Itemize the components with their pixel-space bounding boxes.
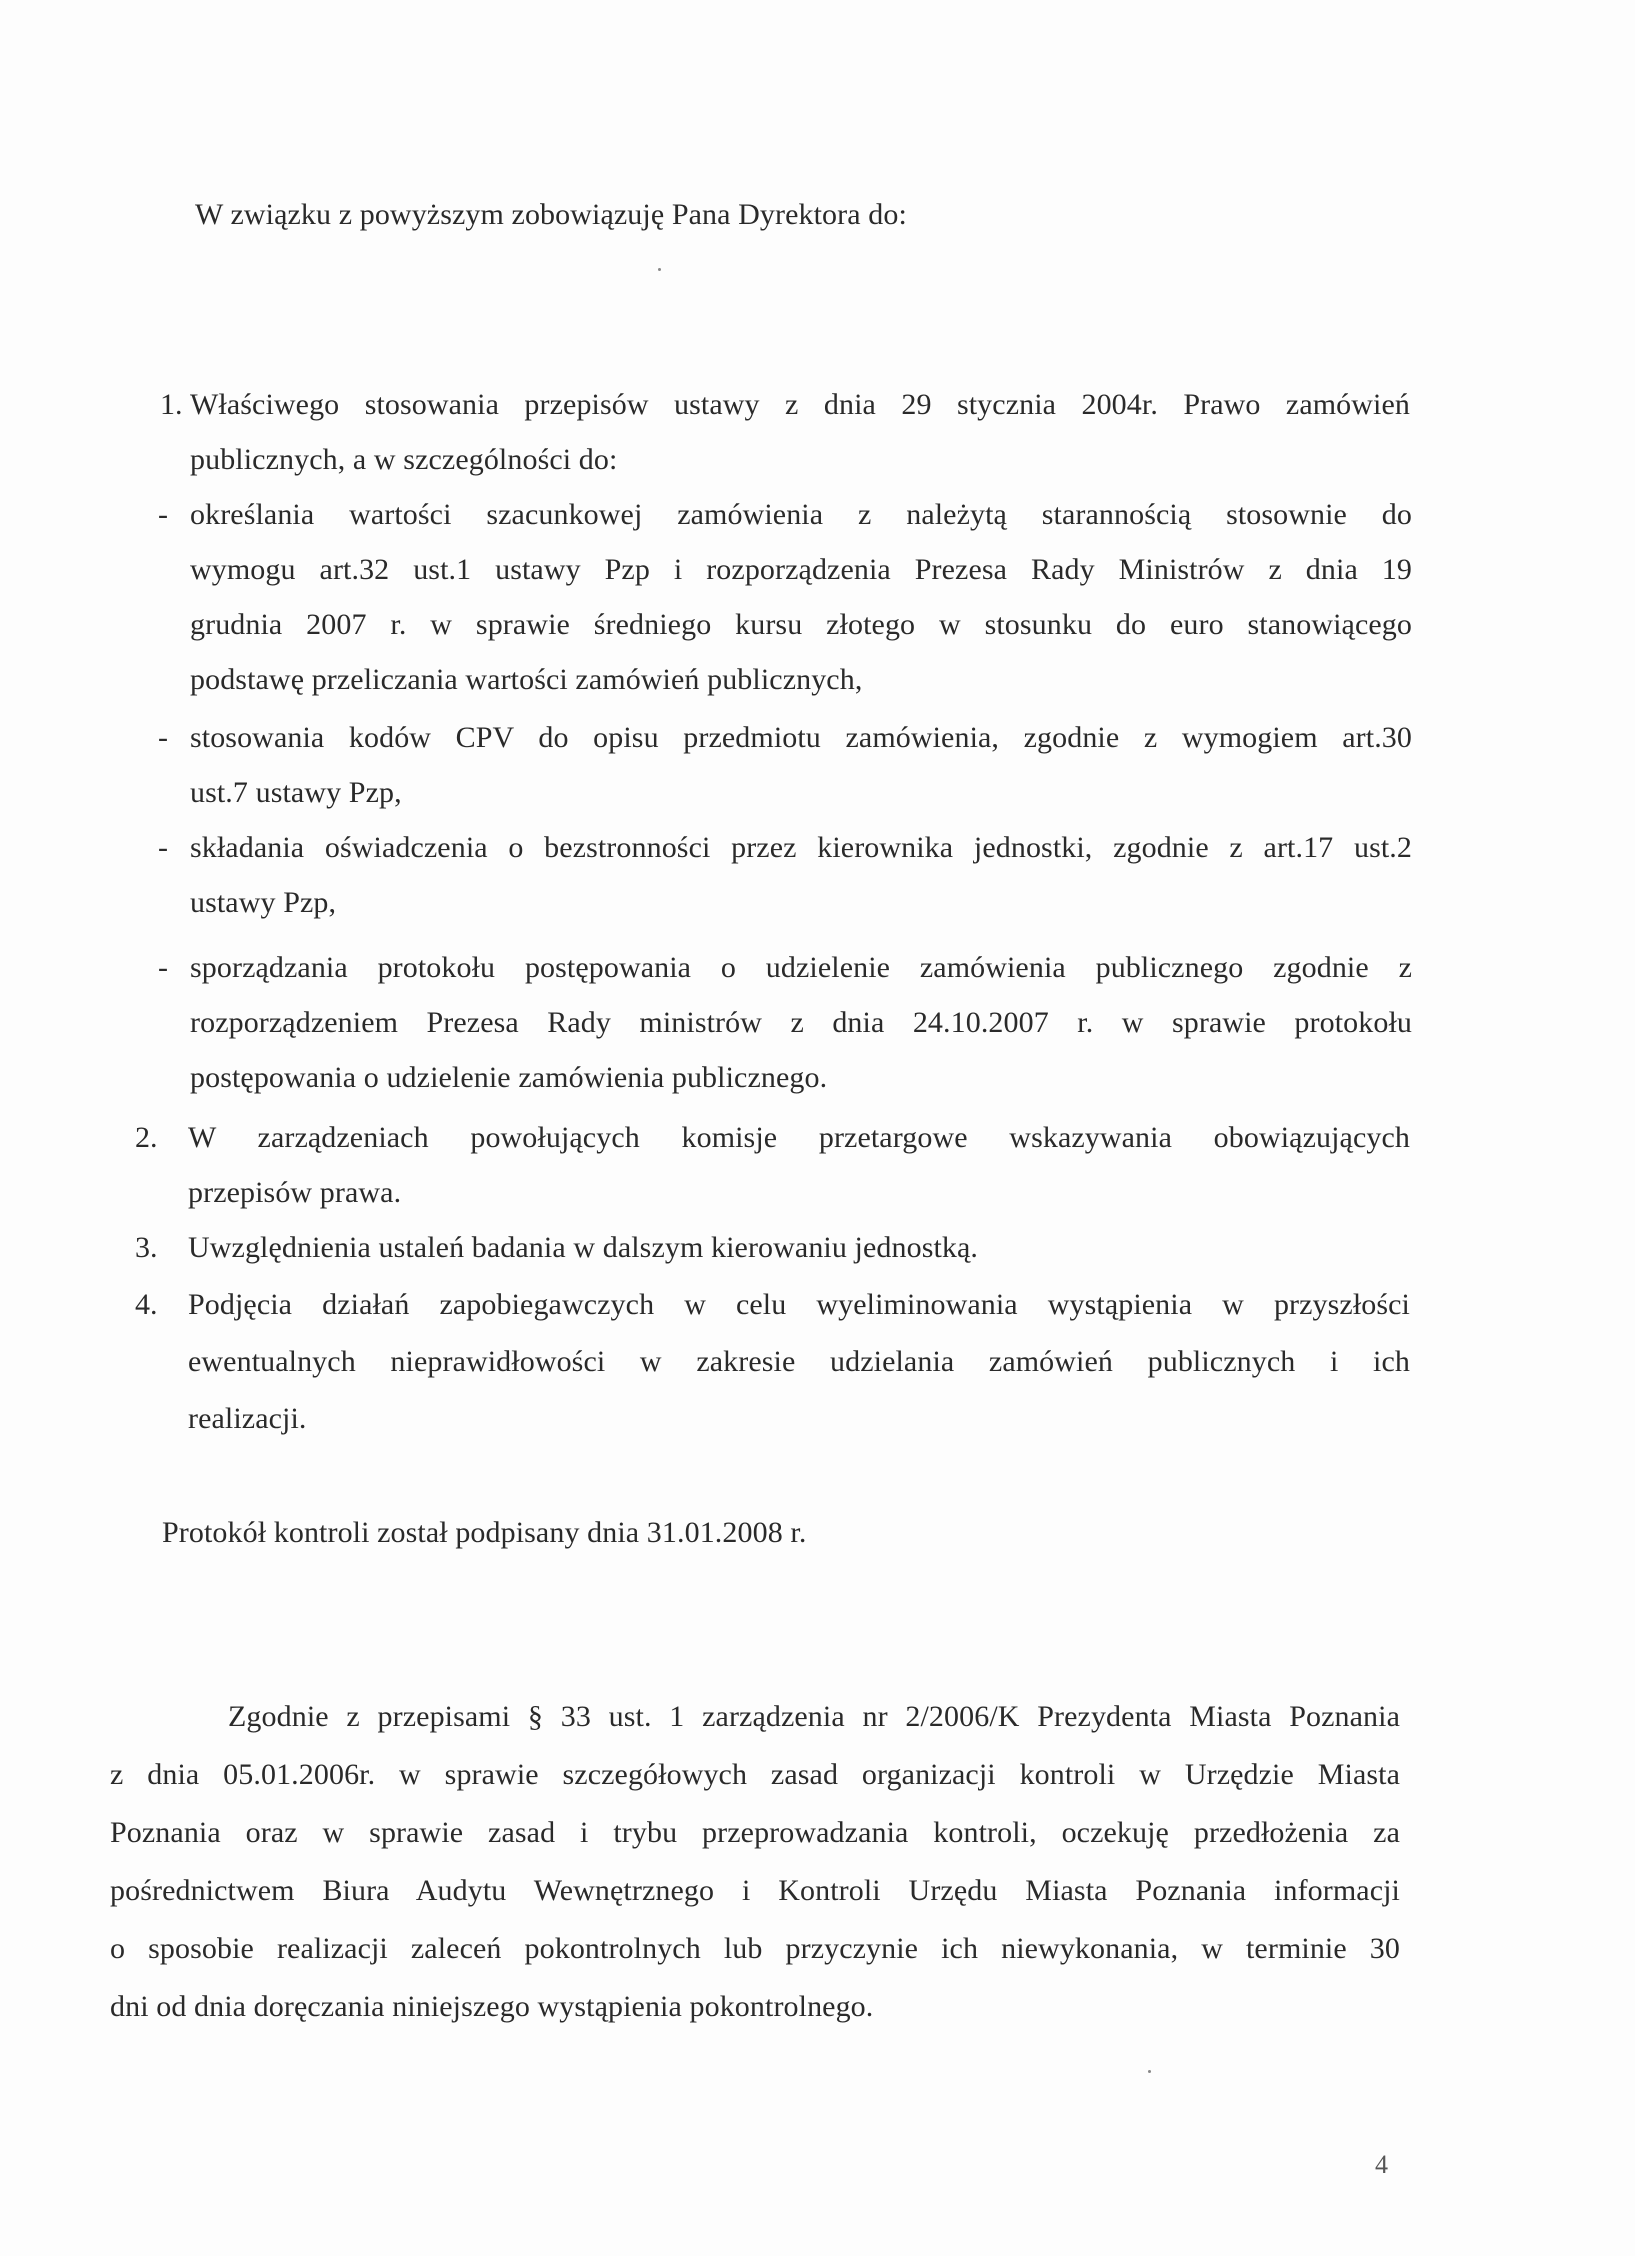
item-4-line-1: Podjęcia działań zapobiegawczych w celu …	[188, 1285, 1410, 1325]
closing-line-2: z dnia 05.01.2006r. w sprawie szczegółow…	[110, 1755, 1400, 1795]
document-page: W związku z powyższym zobowiązuję Pana D…	[0, 0, 1635, 2256]
item-4-marker: 4.	[135, 1285, 158, 1325]
item-1-marker: 1.	[160, 385, 183, 425]
subitem-3-line-1: składania oświadczenia o bezstronności p…	[190, 828, 1412, 868]
closing-line-5: o sposobie realizacji zaleceń pokontroln…	[110, 1929, 1400, 1969]
scan-speck	[1148, 2070, 1151, 2073]
closing-line-4: pośrednictwem Biura Audytu Wewnętrznego …	[110, 1871, 1400, 1911]
subitem-1-line-3: grudnia 2007 r. w sprawie średniego kurs…	[190, 605, 1412, 645]
subitem-4-line-2: rozporządzeniem Prezesa Rady ministrów z…	[190, 1003, 1412, 1043]
item-3-line-1: Uwzględnienia ustaleń badania w dalszym …	[188, 1228, 978, 1268]
subitem-4-line-1: sporządzania protokołu postępowania o ud…	[190, 948, 1412, 988]
item-2-line-1: W zarządzeniach powołujących komisje prz…	[188, 1118, 1410, 1158]
item-4-line-2: ewentualnych nieprawidłowości w zakresie…	[188, 1342, 1410, 1382]
subitem-2-marker: -	[158, 718, 168, 758]
subitem-4-line-3: postępowania o udzielenie zamówienia pub…	[190, 1058, 827, 1098]
item-1-line-2: publicznych, a w szczególności do:	[190, 440, 617, 480]
scan-speck	[658, 268, 661, 271]
subitem-3-marker: -	[158, 828, 168, 868]
closing-line-6: dni od dnia doręczania niniejszego wystą…	[110, 1987, 873, 2027]
closing-line-1: Zgodnie z przepisami § 33 ust. 1 zarządz…	[228, 1697, 1400, 1737]
item-2-line-2: przepisów prawa.	[188, 1173, 401, 1213]
item-3-marker: 3.	[135, 1228, 158, 1268]
subitem-3-line-2: ustawy Pzp,	[190, 883, 336, 923]
page-number: 4	[1375, 2150, 1388, 2180]
item-1-line-1: Właściwego stosowania przepisów ustawy z…	[190, 385, 1410, 425]
subitem-2-line-2: ust.7 ustawy Pzp,	[190, 773, 402, 813]
intro-text: W związku z powyższym zobowiązuję Pana D…	[195, 195, 907, 235]
subitem-2-line-1: stosowania kodów CPV do opisu przedmiotu…	[190, 718, 1412, 758]
subitem-1-line-2: wymogu art.32 ust.1 ustawy Pzp i rozporz…	[190, 550, 1412, 590]
item-2-marker: 2.	[135, 1118, 158, 1158]
item-4-line-3: realizacji.	[188, 1399, 307, 1439]
subitem-1-line-4: podstawę przeliczania wartości zamówień …	[190, 660, 862, 700]
protocol-signed-note: Protokół kontroli został podpisany dnia …	[162, 1513, 806, 1553]
subitem-4-marker: -	[158, 948, 168, 988]
subitem-1-line-1: określania wartości szacunkowej zamówien…	[190, 495, 1412, 535]
subitem-1-marker: -	[158, 495, 168, 535]
closing-line-3: Poznania oraz w sprawie zasad i trybu pr…	[110, 1813, 1400, 1853]
